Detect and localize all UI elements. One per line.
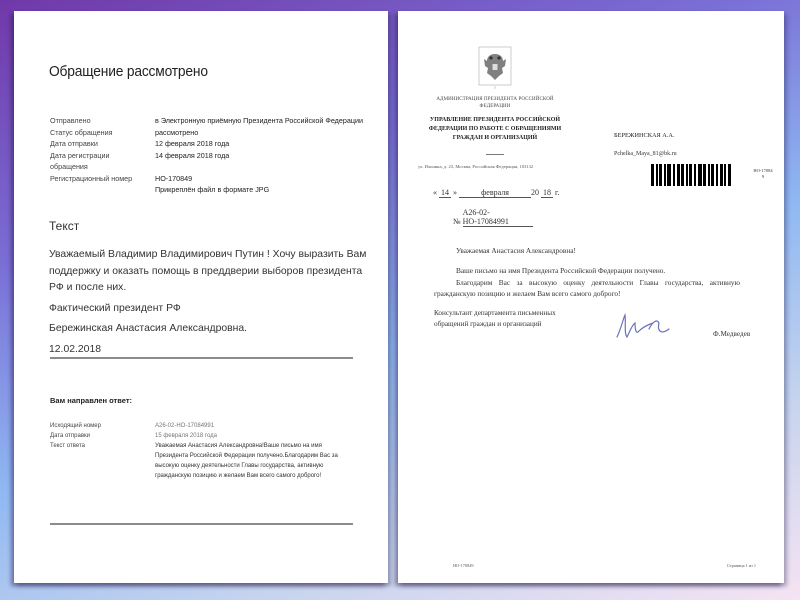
meta-value: А26-02-НО-17084991 xyxy=(155,421,370,431)
meta-row: Дата регистрации обращения 14 февраля 20… xyxy=(50,150,370,173)
divider xyxy=(486,154,504,155)
number-sign: № xyxy=(453,217,461,226)
meta-value: 14 февраля 2018 года xyxy=(155,150,370,173)
date-quote: » xyxy=(453,188,457,197)
letter-paragraph: Ваше письмо на имя Президента Российской… xyxy=(434,265,740,277)
letter-date: « 14 » февраля20 18 г. xyxy=(433,188,559,198)
meta-row: Статус обращения рассмотрено xyxy=(50,127,370,139)
russian-coat-of-arms-icon xyxy=(478,46,512,90)
sender-address: ул. Ильинка, д. 23, Москва, Российская Ф… xyxy=(418,164,588,169)
meta-row: Текст ответа Уважаемая Анастасия Алексан… xyxy=(50,441,370,481)
date-quote: « xyxy=(433,188,437,197)
divider xyxy=(50,523,353,525)
page-counter: Страница 1 из 1 xyxy=(727,563,756,568)
answer-text: Уважаемая Анастасия Александровна!Ваше п… xyxy=(155,441,345,481)
meta-label: Дата отправки xyxy=(50,138,155,150)
portal-printout-page: Обращение рассмотрено Отправлено в Элект… xyxy=(14,11,388,583)
date-month: февраля xyxy=(459,188,531,198)
divider xyxy=(50,357,353,359)
date-year: 18 xyxy=(541,188,553,198)
meta-value: 15 февраля 2018 года xyxy=(155,431,370,441)
meta-label: Отправлено xyxy=(50,115,155,127)
appeal-paragraph: Фактический президент РФ xyxy=(49,301,367,318)
department-name: УПРАВЛЕНИЕ ПРЕЗИДЕНТА РОССИЙСКОЙ ФЕДЕРАЦ… xyxy=(420,116,570,143)
barcode-label: НО-170849 xyxy=(753,168,773,180)
appeal-paragraph: Уважаемый Владимир Владимирович Путин ! … xyxy=(49,247,367,297)
meta-row: Отправлено в Электронную приёмную Презид… xyxy=(50,115,370,127)
letter-number: № А26-02-НО-17084991 xyxy=(453,208,533,227)
meta-row: Прикреплён файл в формате JPG xyxy=(50,184,370,196)
recipient-name: БЕРЕЖИНСКАЯ А.А. xyxy=(614,132,675,139)
meta-label: Исходящий номер xyxy=(50,421,155,431)
meta-row: Дата отправки 12 февраля 2018 года xyxy=(50,138,370,150)
meta-label: Дата отправки xyxy=(50,431,155,441)
meta-value: НО-170849 xyxy=(155,173,370,185)
administration-name: АДМИНИСТРАЦИЯ ПРЕЗИДЕНТА РОССИЙСКОЙ ФЕДЕ… xyxy=(430,96,560,110)
date-suffix: г. xyxy=(555,188,559,197)
signatory-name: Ф.Медведев xyxy=(713,330,750,338)
text-heading: Текст xyxy=(49,219,79,233)
handwritten-signature-icon xyxy=(613,309,673,343)
letter-body: Ваше письмо на имя Президента Российской… xyxy=(434,265,740,300)
signatory-title: Консультант департамента письменных обра… xyxy=(434,308,564,330)
meta-row: Дата отправки 15 февраля 2018 года xyxy=(50,431,370,441)
recipient-email: Pchelka_Maya_81@bk.ru xyxy=(614,151,677,157)
appeal-date: 12.02.2018 xyxy=(49,342,367,359)
meta-value: в Электронную приёмную Президента Россий… xyxy=(155,115,370,127)
appeal-meta-table: Отправлено в Электронную приёмную Презид… xyxy=(50,115,370,196)
appeal-signature: Бережинская Анастасия Александровна. xyxy=(49,321,367,338)
meta-label xyxy=(50,184,155,196)
letter-paragraph: Благодарим Вас за высокую оценку деятель… xyxy=(434,277,740,300)
date-day: 14 xyxy=(439,188,451,198)
meta-row: Исходящий номер А26-02-НО-17084991 xyxy=(50,421,370,431)
meta-label: Статус обращения xyxy=(50,127,155,139)
meta-value: 12 февраля 2018 года xyxy=(155,138,370,150)
official-letter-page: АДМИНИСТРАЦИЯ ПРЕЗИДЕНТА РОССИЙСКОЙ ФЕДЕ… xyxy=(398,11,784,583)
footer-reference: НО-170849 xyxy=(453,563,474,568)
meta-row: Регистрационный номер НО-170849 xyxy=(50,173,370,185)
letter-greeting: Уважаемая Анастасия Александровна! xyxy=(456,246,576,255)
page-title: Обращение рассмотрено xyxy=(49,63,208,80)
date-century: 20 xyxy=(531,188,539,197)
answer-heading: Вам направлен ответ: xyxy=(50,396,132,405)
outgoing-number: А26-02-НО-17084991 xyxy=(463,208,533,227)
meta-value: рассмотрено xyxy=(155,127,370,139)
meta-label: Текст ответа xyxy=(50,441,155,481)
meta-label: Регистрационный номер xyxy=(50,173,155,185)
answer-meta-table: Исходящий номер А26-02-НО-17084991 Дата … xyxy=(50,421,370,481)
meta-label: Дата регистрации обращения xyxy=(50,150,130,173)
attachment-note: Прикреплён файл в формате JPG xyxy=(155,184,370,196)
appeal-text: Уважаемый Владимир Владимирович Путин ! … xyxy=(49,247,367,362)
barcode xyxy=(651,164,745,186)
